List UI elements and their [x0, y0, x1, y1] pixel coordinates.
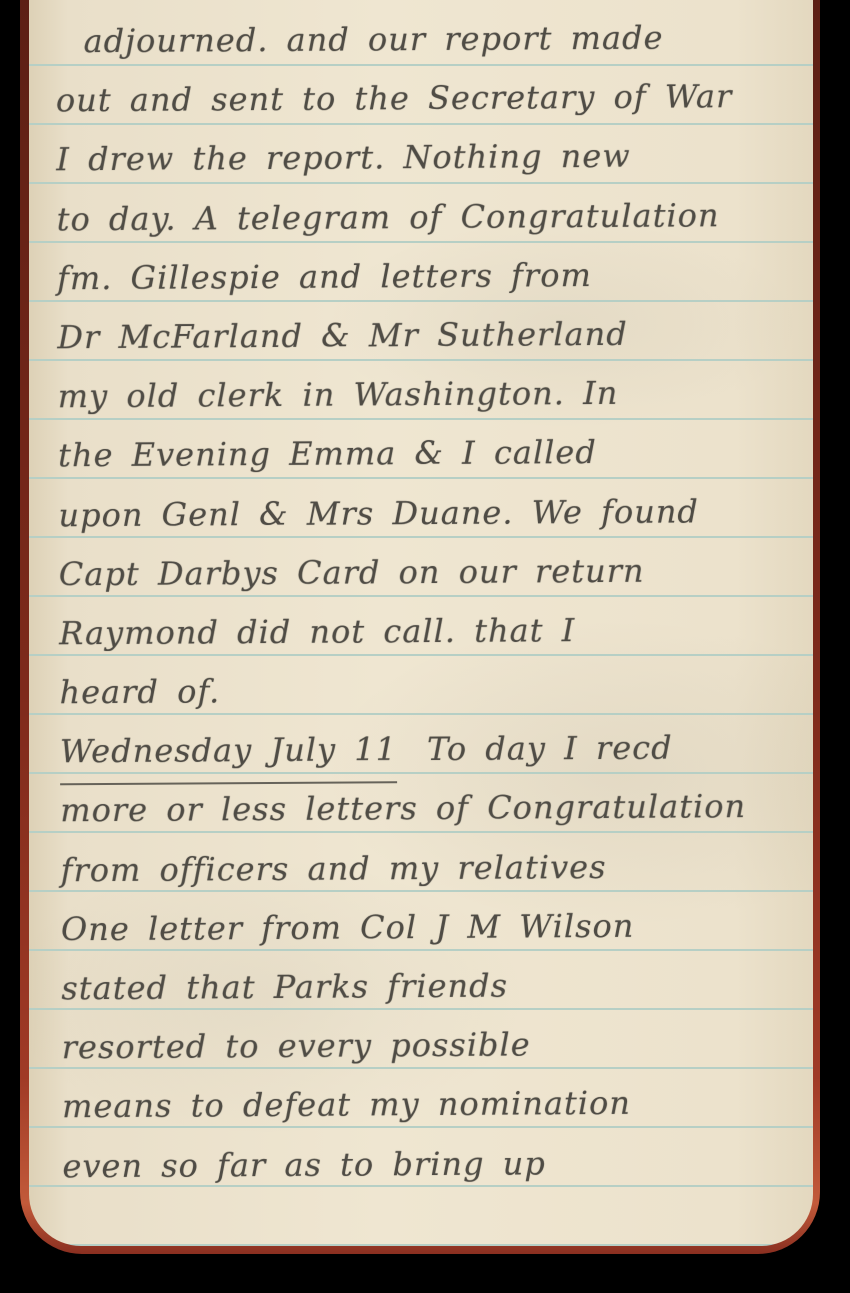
- handwritten-line: from officers and my relatives: [60, 836, 808, 900]
- handwritten-line: I drew the report. Nothing new: [56, 126, 804, 190]
- handwritten-line: Raymond did not call. that I: [59, 600, 807, 664]
- handwritten-line: fm. Gillespie and letters from: [57, 244, 805, 308]
- handwritten-line: my old clerk in Washington. In: [58, 363, 806, 427]
- handwritten-line: even so far as to bring up: [62, 1132, 810, 1196]
- handwritten-line: out and sent to the Secretary of War: [56, 67, 804, 131]
- handwritten-line: One letter from Col J M Wilson: [61, 896, 809, 960]
- handwritten-line: upon Genl & Mrs Duane. We found: [58, 481, 806, 545]
- handwritten-line: means to defeat my nomination: [62, 1073, 810, 1137]
- entry-date-heading: Wednesday July 11: [60, 720, 398, 785]
- handwritten-line: more or less letters of Congratulation: [60, 777, 808, 841]
- notebook-page: adjourned. and our report made out and s…: [29, 0, 813, 1246]
- handwritten-line: Wednesday July 11To day I recd: [60, 718, 808, 782]
- handwritten-line: the Evening Emma & I called: [58, 422, 806, 486]
- handwritten-line: Capt Darbys Card on our return: [59, 540, 807, 604]
- notebook-photo: adjourned. and our report made out and s…: [0, 0, 850, 1293]
- handwritten-line: stated that Parks friends: [61, 955, 809, 1019]
- handwritten-line: to day. A telegram of Congratulation: [56, 185, 804, 249]
- handwritten-line: resorted to every possible: [62, 1014, 810, 1078]
- handwritten-text: To day I recd: [427, 729, 673, 768]
- handwritten-line: Dr McFarland & Mr Sutherland: [57, 304, 805, 368]
- handwritten-line: adjourned. and our report made: [55, 8, 803, 72]
- handwriting-block: adjourned. and our report made out and s…: [55, 8, 810, 1196]
- handwritten-line: heard of.: [59, 659, 807, 723]
